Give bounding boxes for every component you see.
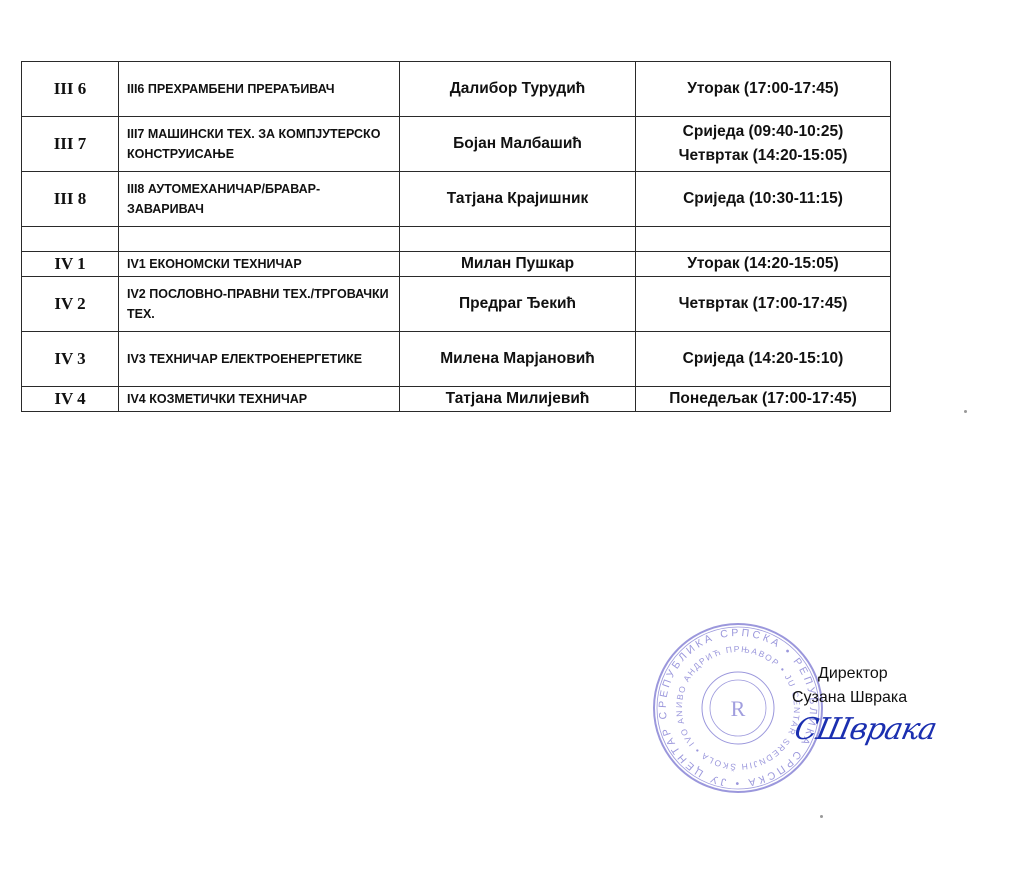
director-signature-block: Директор Сузана Шврака xyxy=(792,662,907,710)
program-cell: III6 ПРЕХРАМБЕНИ ПРЕРАЂИВАЧ xyxy=(119,62,400,117)
teacher-cell: Татјана Крајишник xyxy=(400,172,636,227)
program-cell: III7 МАШИНСКИ ТЕХ. ЗА КОМПЈУТЕРСКО КОНСТ… xyxy=(119,117,400,172)
consultation-time-cell: Уторак (14:20-15:05) xyxy=(636,252,891,277)
handwritten-signature: СШврака xyxy=(791,712,939,747)
consultation-time-cell: Сриједа (10:30-11:15) xyxy=(636,172,891,227)
class-cell: III 8 xyxy=(22,172,119,227)
program-cell: IV4 КОЗМЕТИЧКИ ТЕХНИЧАР xyxy=(119,387,400,412)
consultation-time: Сриједа (10:30-11:15) xyxy=(644,187,882,211)
program-cell: IV1 ЕКОНОМСКИ ТЕХНИЧАР xyxy=(119,252,400,277)
table-row: III 8III8 АУТОМЕХАНИЧАР/БРАВАР-ЗАВАРИВАЧ… xyxy=(22,172,891,227)
consultation-schedule-table: III 6III6 ПРЕХРАМБЕНИ ПРЕРАЂИВАЧДалибор … xyxy=(21,61,891,412)
director-name: Сузана Шврака xyxy=(792,686,907,710)
consultation-time-cell: Четвртак (17:00-17:45) xyxy=(636,277,891,332)
consultation-time: Уторак (17:00-17:45) xyxy=(644,77,882,101)
consultation-time-cell: Сриједа (09:40-10:25)Четвртак (14:20-15:… xyxy=(636,117,891,172)
consultation-time: Четвртак (14:20-15:05) xyxy=(644,144,882,168)
teacher-cell: Предраг Ђекић xyxy=(400,277,636,332)
table-row: III 6III6 ПРЕХРАМБЕНИ ПРЕРАЂИВАЧДалибор … xyxy=(22,62,891,117)
table-row: IV 4IV4 КОЗМЕТИЧКИ ТЕХНИЧАРТатјана Милиј… xyxy=(22,387,891,412)
table-row-empty xyxy=(22,227,891,252)
director-title: Директор xyxy=(792,662,907,686)
program-cell: IV2 ПОСЛОВНО-ПРАВНИ ТЕХ./ТРГОВАЧКИ ТЕХ. xyxy=(119,277,400,332)
teacher-cell: Милан Пушкар xyxy=(400,252,636,277)
teacher-cell: Бојан Малбашић xyxy=(400,117,636,172)
teacher-cell: Милена Марјановић xyxy=(400,332,636,387)
consultation-time: Понедељак (17:00-17:45) xyxy=(644,387,882,411)
program-cell: IV3 ТЕХНИЧАР ЕЛЕКТРОЕНЕРГЕТИКЕ xyxy=(119,332,400,387)
consultation-time-cell xyxy=(636,227,891,252)
teacher-cell: Татјана Милијевић xyxy=(400,387,636,412)
teacher-cell: Далибор Турудић xyxy=(400,62,636,117)
scan-speck xyxy=(820,815,823,818)
consultation-time: Сриједа (09:40-10:25) xyxy=(644,120,882,144)
table-row: IV 1IV1 ЕКОНОМСКИ ТЕХНИЧАРМилан ПушкарУт… xyxy=(22,252,891,277)
class-cell: III 7 xyxy=(22,117,119,172)
consultation-time-cell: Уторак (17:00-17:45) xyxy=(636,62,891,117)
consultation-time: Четвртак (17:00-17:45) xyxy=(644,292,882,316)
consultation-time-cell: Понедељак (17:00-17:45) xyxy=(636,387,891,412)
stamp-emblem-icon: R xyxy=(731,696,746,721)
class-cell: IV 1 xyxy=(22,252,119,277)
consultation-time: Уторак (14:20-15:05) xyxy=(644,252,882,276)
class-cell: IV 2 xyxy=(22,277,119,332)
class-cell: III 6 xyxy=(22,62,119,117)
class-cell xyxy=(22,227,119,252)
program-cell: III8 АУТОМЕХАНИЧАР/БРАВАР-ЗАВАРИВАЧ xyxy=(119,172,400,227)
scan-speck xyxy=(964,410,967,413)
table-row: III 7III7 МАШИНСКИ ТЕХ. ЗА КОМПЈУТЕРСКО … xyxy=(22,117,891,172)
table-row: IV 3IV3 ТЕХНИЧАР ЕЛЕКТРОЕНЕРГЕТИКЕМилена… xyxy=(22,332,891,387)
teacher-cell xyxy=(400,227,636,252)
consultation-time: Сриједа (14:20-15:10) xyxy=(644,347,882,371)
table-row: IV 2IV2 ПОСЛОВНО-ПРАВНИ ТЕХ./ТРГОВАЧКИ Т… xyxy=(22,277,891,332)
consultation-time-cell: Сриједа (14:20-15:10) xyxy=(636,332,891,387)
program-cell xyxy=(119,227,400,252)
class-cell: IV 4 xyxy=(22,387,119,412)
class-cell: IV 3 xyxy=(22,332,119,387)
